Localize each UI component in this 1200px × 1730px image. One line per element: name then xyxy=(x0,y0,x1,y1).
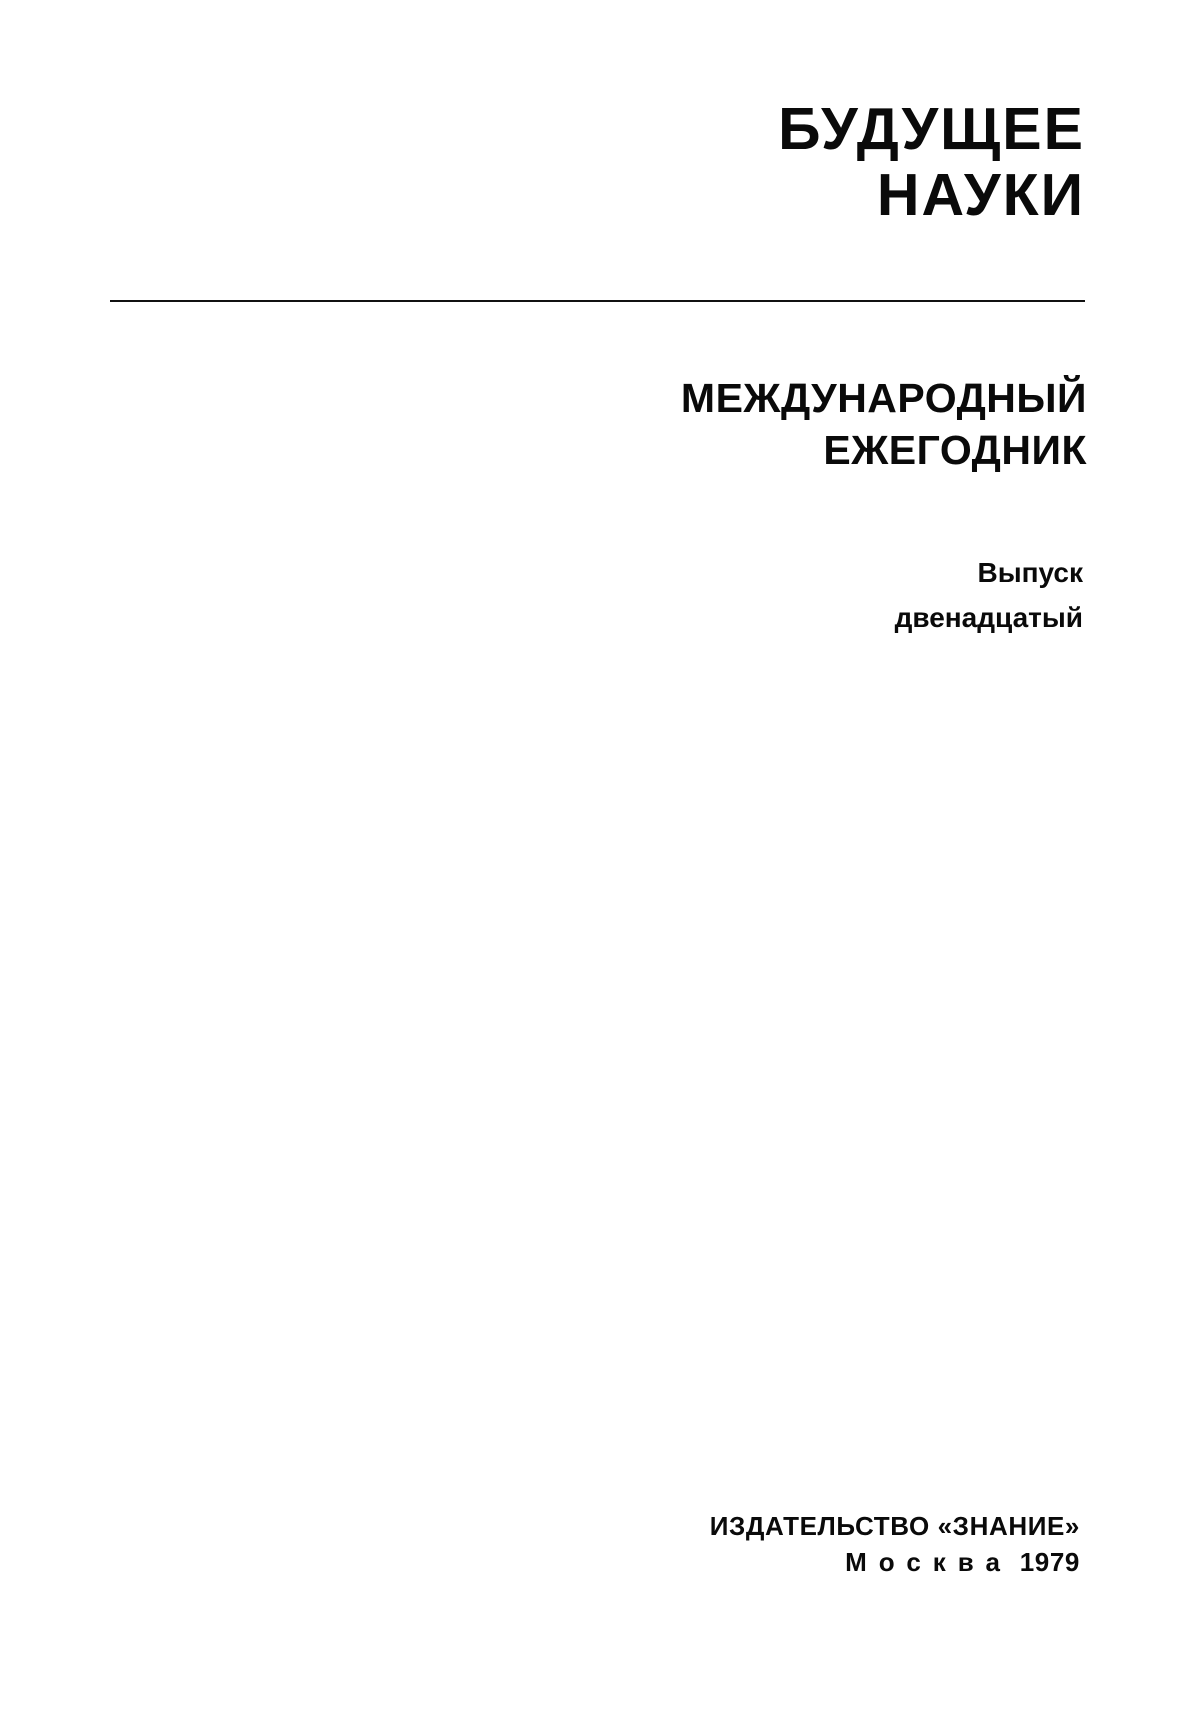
issue-line-1: Выпуск xyxy=(895,550,1083,595)
issue-number: Выпуск двенадцатый xyxy=(895,550,1083,640)
book-title-line-2: НАУКИ xyxy=(778,162,1085,228)
publication-city: Москва xyxy=(845,1547,1012,1577)
publisher-imprint: ИЗДАТЕЛЬСТВО «ЗНАНИЕ» Москва 1979 xyxy=(710,1508,1080,1580)
subtitle-line-2: ЕЖЕГОДНИК xyxy=(681,424,1087,476)
publication-year: 1979 xyxy=(1020,1547,1080,1577)
book-title-line-1: БУДУЩЕЕ xyxy=(778,96,1085,162)
publication-place-year: Москва 1979 xyxy=(710,1544,1080,1580)
title-page: БУДУЩЕЕ НАУКИ МЕЖДУНАРОДНЫЙ ЕЖЕГОДНИК Вы… xyxy=(0,0,1200,1730)
book-subtitle: МЕЖДУНАРОДНЫЙ ЕЖЕГОДНИК xyxy=(681,372,1087,476)
issue-line-2: двенадцатый xyxy=(895,595,1083,640)
publisher-name: ИЗДАТЕЛЬСТВО «ЗНАНИЕ» xyxy=(710,1508,1080,1544)
book-title: БУДУЩЕЕ НАУКИ xyxy=(778,96,1085,228)
subtitle-line-1: МЕЖДУНАРОДНЫЙ xyxy=(681,372,1087,424)
horizontal-rule-divider xyxy=(110,300,1085,302)
